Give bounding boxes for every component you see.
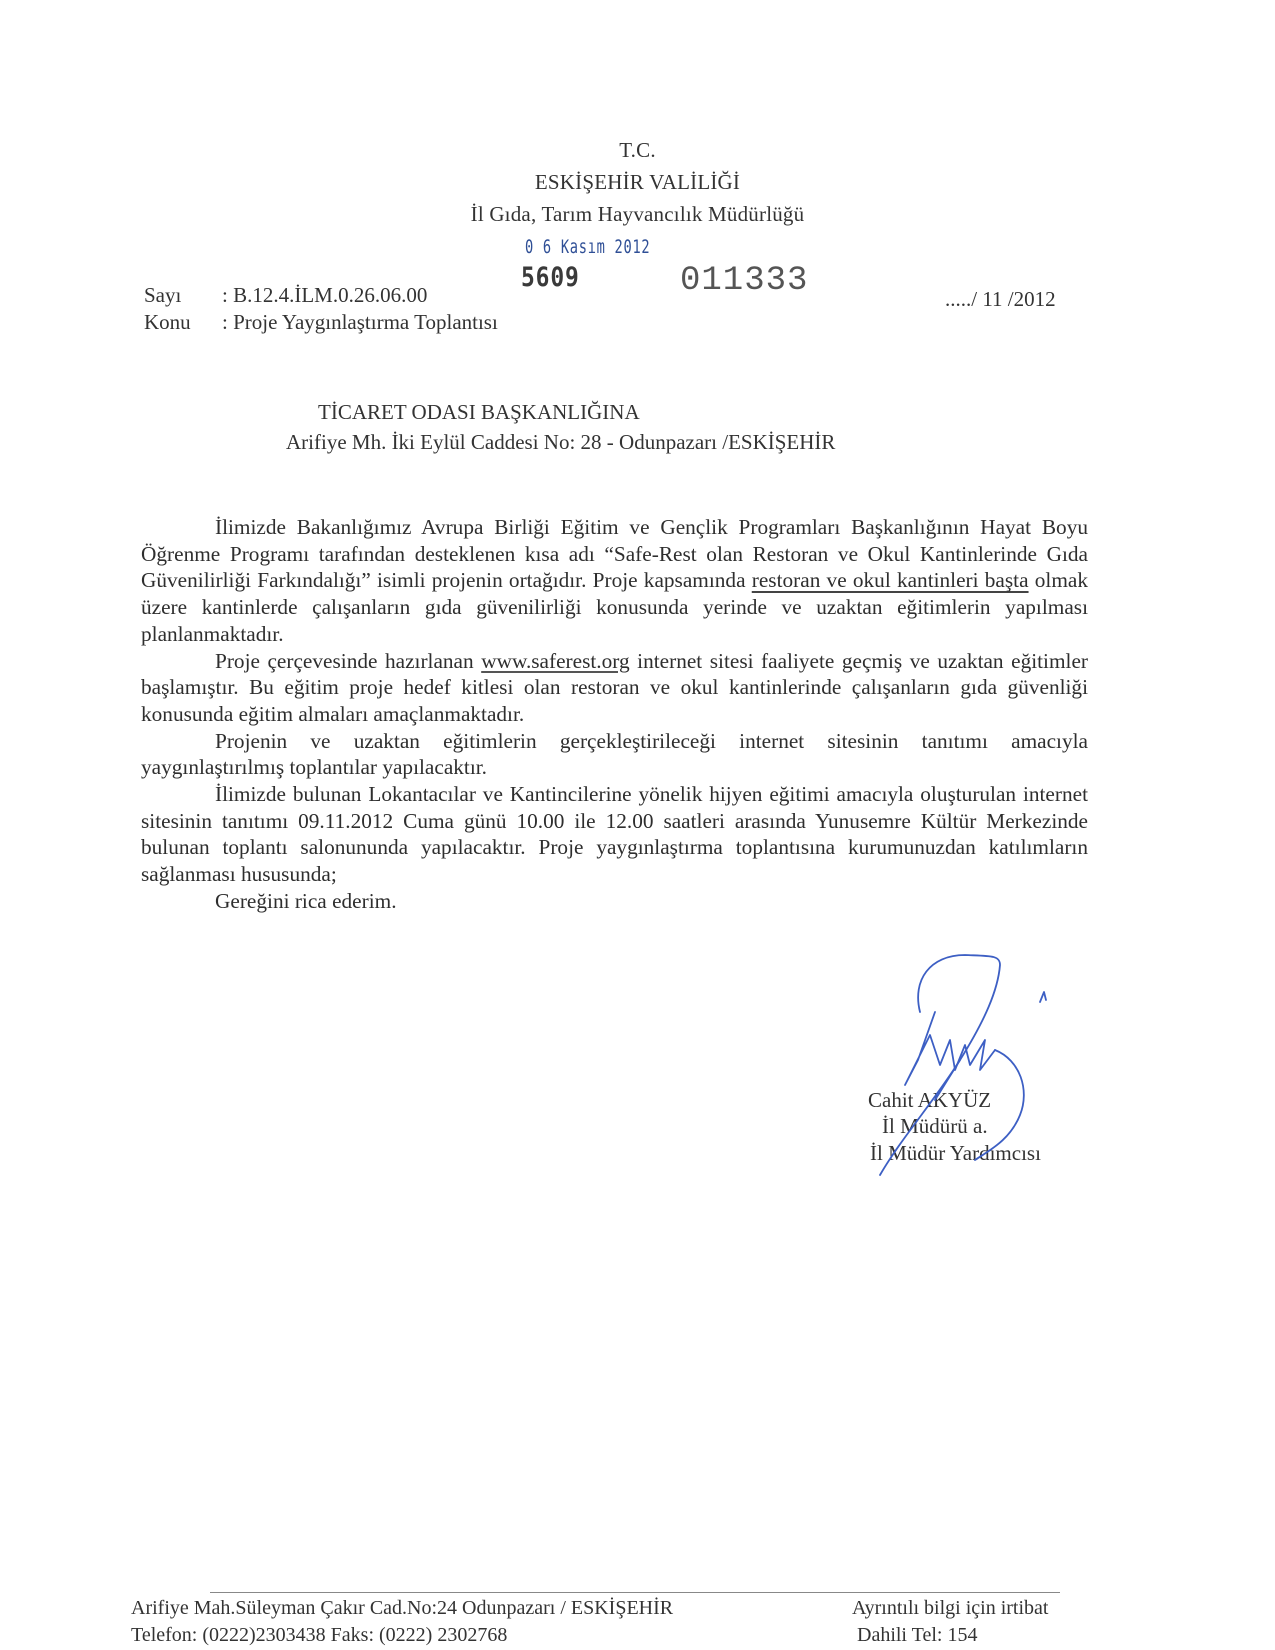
footer-contact-label: Ayrıntılı bilgi için irtibat bbox=[852, 1597, 1048, 1620]
subject: Konu: Proje Yaygınlaştırma Toplantısı bbox=[144, 310, 498, 335]
header-tc: T.C. bbox=[0, 138, 1275, 163]
sayi-value: : B.12.4.İLM.0.26.06.00 bbox=[222, 283, 427, 307]
signatory-role: İl Müdür Yardımcısı bbox=[870, 1141, 1041, 1166]
footer-address: Arifiye Mah.Süleyman Çakır Cad.No:24 Odu… bbox=[131, 1597, 673, 1620]
received-date-stamp: 0 6 Kasım 2012 bbox=[525, 236, 650, 258]
footer-extension: Dahili Tel: 154 bbox=[857, 1624, 977, 1647]
paragraph-4: İlimizde bulunan Lokantacılar ve Kantinc… bbox=[141, 781, 1088, 888]
letter-body: İlimizde Bakanlığımız Avrupa Birliği Eği… bbox=[141, 514, 1088, 915]
letter-date: ...../ 11 /2012 bbox=[945, 287, 1056, 312]
footer-phone-fax: Telefon: (0222)2303438 Faks: (0222) 2302… bbox=[131, 1624, 507, 1647]
website-link[interactable]: www.saferest.org bbox=[481, 649, 629, 673]
paragraph-1: İlimizde Bakanlığımız Avrupa Birliği Eği… bbox=[141, 514, 1088, 648]
reference-number: Sayı: B.12.4.İLM.0.26.06.00 bbox=[144, 283, 427, 308]
sayi-label: Sayı bbox=[144, 283, 222, 308]
incoming-number-stamp: 5609 bbox=[521, 262, 580, 293]
konu-label: Konu bbox=[144, 310, 222, 335]
addressee-name: TİCARET ODASI BAŞKANLIĞINA bbox=[318, 400, 640, 425]
underlined-phrase: restoran ve okul kantinleri başta bbox=[752, 568, 1029, 592]
signatory-title: İl Müdürü a. bbox=[882, 1114, 988, 1139]
paragraph-3: Projenin ve uzaktan eğitimlerin gerçekle… bbox=[141, 728, 1088, 781]
signatory-name: Cahit AKYÜZ bbox=[868, 1088, 991, 1113]
registry-number-stamp: 011333 bbox=[680, 262, 808, 300]
header-governorship: ESKİŞEHİR VALİLİĞİ bbox=[0, 170, 1275, 195]
closing: Gereğini rica ederim. bbox=[141, 888, 1088, 915]
footer-divider bbox=[210, 1592, 1060, 1593]
konu-value: : Proje Yaygınlaştırma Toplantısı bbox=[222, 310, 498, 334]
header-directorate: İl Gıda, Tarım Hayvancılık Müdürlüğü bbox=[0, 202, 1275, 227]
addressee-address: Arifiye Mh. İki Eylül Caddesi No: 28 - O… bbox=[286, 430, 835, 455]
paragraph-2: Proje çerçevesinde hazırlanan www.safere… bbox=[141, 648, 1088, 728]
